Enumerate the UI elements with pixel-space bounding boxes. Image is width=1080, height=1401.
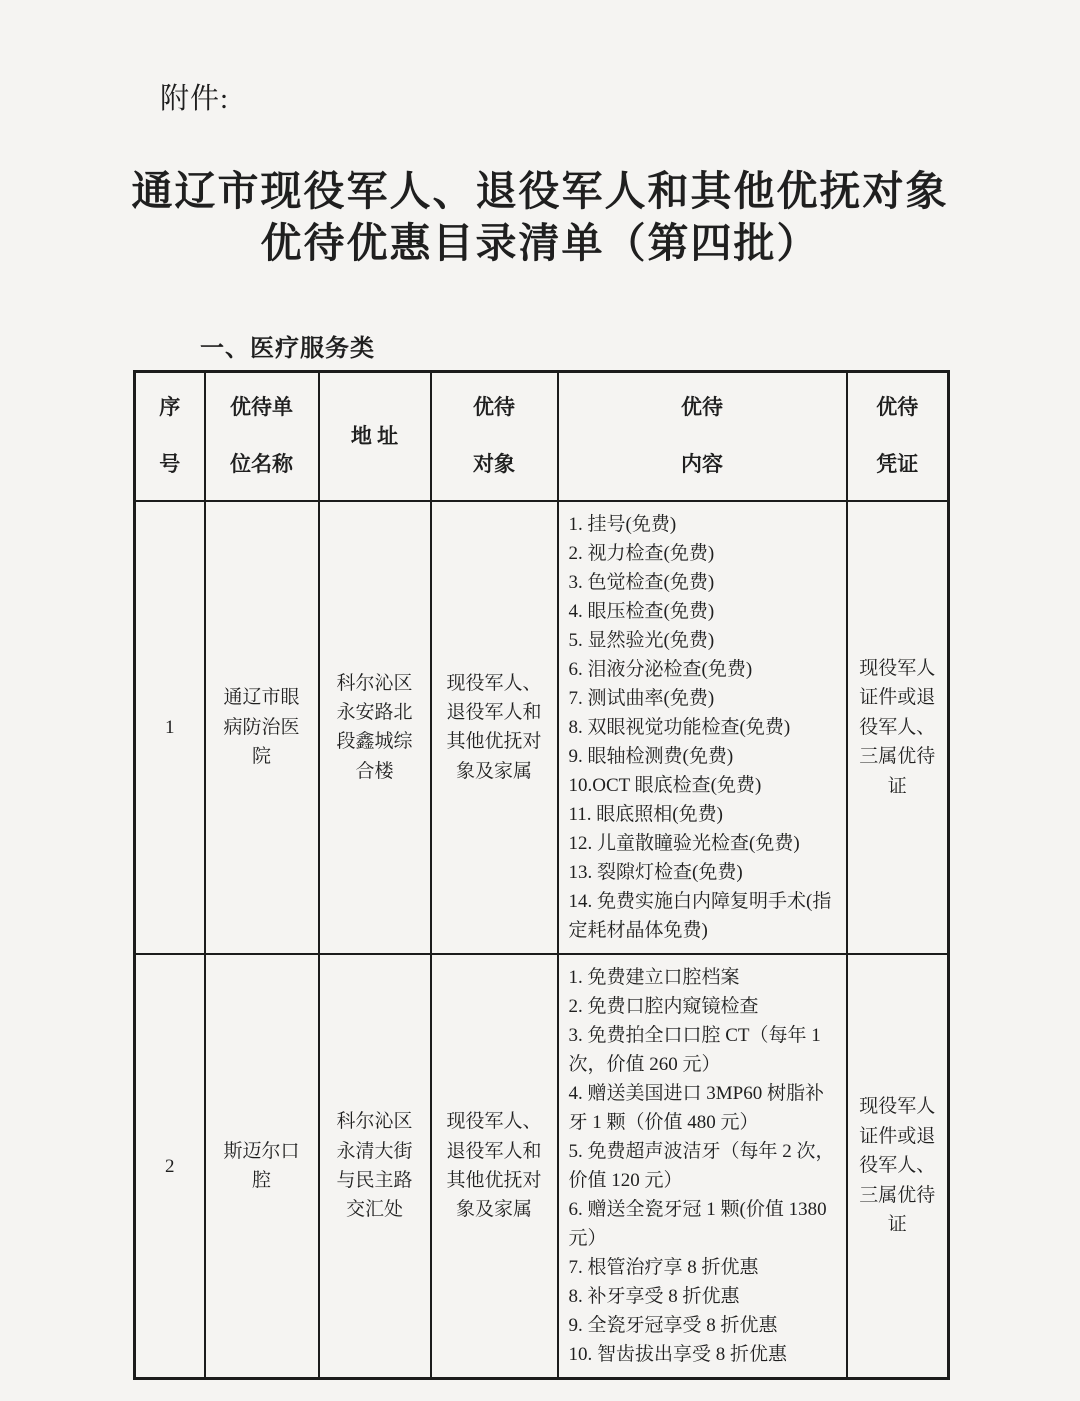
address-cell: 科尔沁区永清大街与民主路交汇处 xyxy=(319,954,431,1379)
col-header-address: 地 址 xyxy=(319,371,431,501)
benefit-item: 13. 裂隙灯检查(免费) xyxy=(569,858,840,887)
table-header-row: 序号 优待单位名称 地 址 优待对象 优待内容 优待凭证 xyxy=(135,371,949,501)
address-cell: 科尔沁区永安路北段鑫城综合楼 xyxy=(319,501,431,954)
benefit-item: 3. 免费拍全口口腔 CT（每年 1次，价值 260 元） xyxy=(569,1021,840,1079)
document-page: 附件: 通辽市现役军人、退役军人和其他优抚对象 优待优惠目录清单（第四批） 一、… xyxy=(0,0,1080,1401)
content-cell: 1. 挂号(免费) 2. 视力检查(免费) 3. 色觉检查(免费) 4. 眼压检… xyxy=(558,501,847,954)
unit-cell: 通辽市眼病防治医院 xyxy=(205,501,319,954)
table-row: 2 斯迈尔口腔 科尔沁区永清大街与民主路交汇处 现役军人、退役军人和其他优抚对象… xyxy=(135,954,949,1379)
benefit-item: 11. 眼底照相(免费) xyxy=(569,800,840,829)
doc-title-line-2: 优待优惠目录清单（第四批） xyxy=(0,217,1080,269)
benefit-item: 1. 免费建立口腔档案 xyxy=(569,963,840,992)
benefit-item: 3. 色觉检查(免费) xyxy=(569,568,840,597)
attachment-label: 附件: xyxy=(160,0,1080,117)
benefit-item: 1. 挂号(免费) xyxy=(569,510,840,539)
benefit-item: 5. 显然验光(免费) xyxy=(569,626,840,655)
benefit-item: 12. 儿童散瞳验光检查(免费) xyxy=(569,829,840,858)
benefit-item: 14. 免费实施白内障复明手术(指定耗材晶体免费) xyxy=(569,887,840,945)
benefit-item: 6. 泪液分泌检查(免费) xyxy=(569,655,840,684)
table-row: 1 通辽市眼病防治医院 科尔沁区永安路北段鑫城综合楼 现役军人、退役军人和其他优… xyxy=(135,501,949,954)
index-cell: 1 xyxy=(135,501,205,954)
section-heading: 一、医疗服务类 xyxy=(200,328,1080,363)
col-header-index: 序号 xyxy=(135,371,205,501)
credential-cell: 现役军人证件或退役军人、三属优待证 xyxy=(847,954,949,1379)
benefit-item: 5. 免费超声波洁牙（每年 2 次，价值 120 元） xyxy=(569,1137,840,1195)
target-cell: 现役军人、退役军人和其他优抚对象及家属 xyxy=(431,501,558,954)
index-cell: 2 xyxy=(135,954,205,1379)
benefit-item: 4. 赠送美国进口 3MP60 树脂补牙 1 颗（价值 480 元） xyxy=(569,1079,840,1137)
benefit-item: 10.OCT 眼底检查(免费) xyxy=(569,771,840,800)
benefit-item: 8. 补牙享受 8 折优惠 xyxy=(569,1282,840,1311)
col-header-credential: 优待凭证 xyxy=(847,371,949,501)
benefit-list: 1. 免费建立口腔档案 2. 免费口腔内窥镜检查 3. 免费拍全口口腔 CT（每… xyxy=(559,955,846,1377)
target-cell: 现役军人、退役军人和其他优抚对象及家属 xyxy=(431,954,558,1379)
benefit-item: 6. 赠送全瓷牙冠 1 颗(价值 1380元） xyxy=(569,1195,840,1253)
content-cell: 1. 免费建立口腔档案 2. 免费口腔内窥镜检查 3. 免费拍全口口腔 CT（每… xyxy=(558,954,847,1379)
benefit-item: 2. 免费口腔内窥镜检查 xyxy=(569,992,840,1021)
benefit-item: 10. 智齿拔出享受 8 折优惠 xyxy=(569,1340,840,1369)
col-header-target: 优待对象 xyxy=(431,371,558,501)
credential-cell: 现役军人证件或退役军人、三属优待证 xyxy=(847,501,949,954)
doc-title: 通辽市现役军人、退役军人和其他优抚对象 优待优惠目录清单（第四批） xyxy=(0,165,1080,270)
benefit-item: 2. 视力检查(免费) xyxy=(569,539,840,568)
benefit-item: 9. 全瓷牙冠享受 8 折优惠 xyxy=(569,1311,840,1340)
col-header-unit: 优待单位名称 xyxy=(205,371,319,501)
unit-cell: 斯迈尔口腔 xyxy=(205,954,319,1379)
benefit-item: 7. 根管治疗享 8 折优惠 xyxy=(569,1253,840,1282)
benefits-table: 序号 优待单位名称 地 址 优待对象 优待内容 优待凭证 xyxy=(133,370,950,1380)
benefit-list: 1. 挂号(免费) 2. 视力检查(免费) 3. 色觉检查(免费) 4. 眼压检… xyxy=(559,502,846,953)
benefit-item: 7. 测试曲率(免费) xyxy=(569,684,840,713)
doc-title-line-1: 通辽市现役军人、退役军人和其他优抚对象 xyxy=(0,165,1080,217)
benefit-item: 8. 双眼视觉功能检查(免费) xyxy=(569,713,840,742)
benefit-item: 4. 眼压检查(免费) xyxy=(569,597,840,626)
col-header-content: 优待内容 xyxy=(558,371,847,501)
benefit-item: 9. 眼轴检测费(免费) xyxy=(569,742,840,771)
